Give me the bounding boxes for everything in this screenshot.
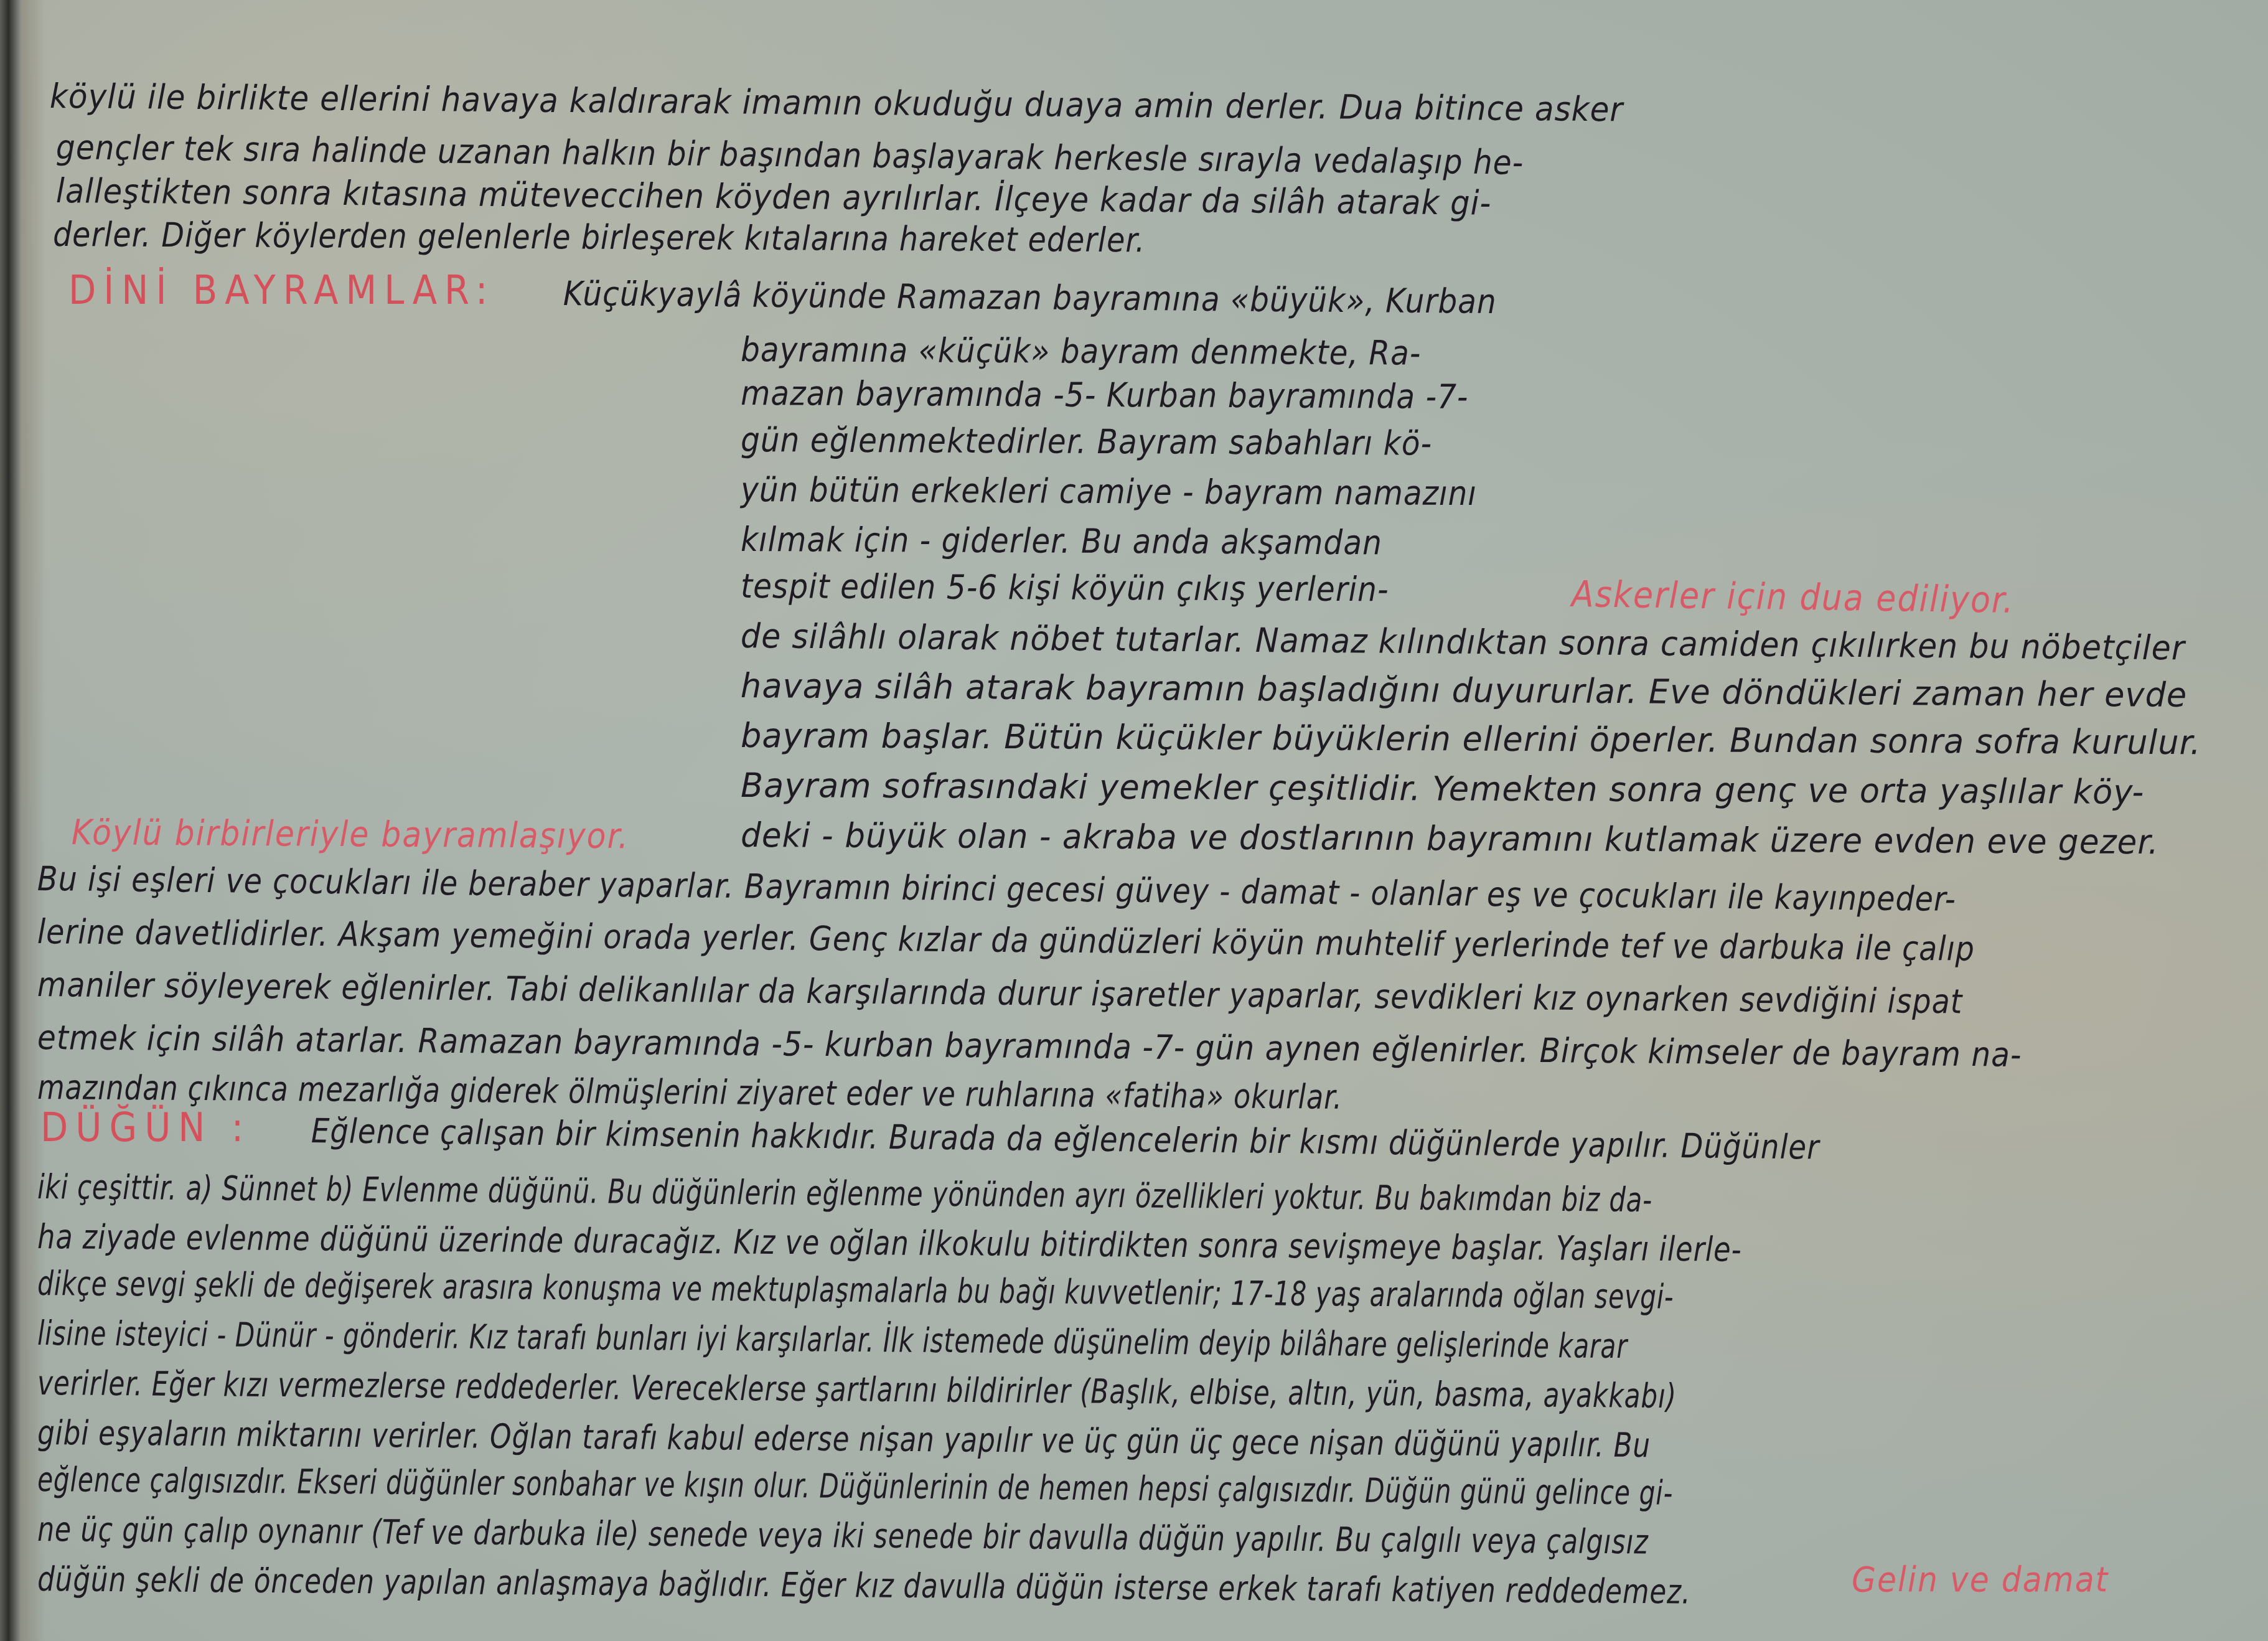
paragraph-line: düğün şekli de önceden yapılan anlaşmaya… <box>37 1563 1691 1609</box>
intro-line: köylü ile birlikte ellerini havaya kaldı… <box>50 80 1624 126</box>
paragraph-line: yün bütün erkekleri camiye - bayram nama… <box>741 473 1477 510</box>
photo-caption-askerler: Askerler için dua ediliyor. <box>1572 576 2015 618</box>
paragraph-line: mazan bayramında -5- Kurban bayramında -… <box>741 377 1469 414</box>
paragraph-line: de silâhlı olarak nöbet tutarlar. Namaz … <box>741 619 2185 665</box>
paragraph-line: gün eğlenmektedirler. Bayram sabahları k… <box>741 423 1432 461</box>
intro-line: gençler tek sıra halinde uzanan halkın b… <box>56 131 1524 180</box>
scanned-notebook-page: köylü ile birlikte ellerini havaya kaldı… <box>0 0 2268 1641</box>
paragraph-line: Eğlence çalışan bir kimsenin hakkıdır. B… <box>311 1114 1820 1164</box>
paragraph-line: verirler. Eğer kızı vermezlerse reddeder… <box>37 1366 1677 1413</box>
paragraph-line: tespit edilen 5-6 kişi köyün çıkış yerle… <box>741 570 1389 606</box>
photo-caption-gelin: Gelin ve damat <box>1852 1563 2109 1597</box>
paragraph-line: ha ziyade evlenme düğünü üzerinde duraca… <box>37 1220 1742 1267</box>
intro-line: derler. Diğer köylerden gelenlerle birle… <box>53 218 1145 257</box>
paragraph-line: bayramına «küçük» bayram denmekte, Ra- <box>741 333 1422 370</box>
intro-line: lalleştikten sonra kıtasına müteveccihen… <box>56 174 1492 220</box>
paragraph-line: Bu işi eşleri ve çocukları ile beraber y… <box>37 862 1956 916</box>
paragraph-line: dikçe sevgi şekli de değişerek arasıra k… <box>37 1267 1674 1314</box>
paragraph-line: iki çeşittir. a) Sünnet b) Evlenme düğün… <box>37 1170 1652 1217</box>
paragraph-line: kılmak için - giderler. Bu anda akşamdan <box>741 523 1382 560</box>
paragraph-line: lisine isteyici - Dünür - gönderir. Kız … <box>37 1317 1628 1363</box>
section-heading-dini-bayramlar: DİNİ BAYRAMLAR: <box>68 271 495 311</box>
paragraph-line: lerine davetlidirler. Akşam yemeğini ora… <box>37 915 1975 966</box>
paragraph-line: gibi eşyaların miktarını verirler. Oğlan… <box>37 1416 1651 1462</box>
page-binding-edge <box>0 0 21 1641</box>
paragraph-line: maniler söyleyerek eğlenirler. Tabi deli… <box>37 968 1963 1019</box>
paragraph-line: Bayram sofrasındaki yemekler çeşitlidir.… <box>741 769 2145 809</box>
paragraph-line: ne üç gün çalıp oynanır (Tef ve darbuka … <box>37 1513 1649 1559</box>
paragraph-line: bayram başlar. Bütün küçükler büyüklerin… <box>741 719 2201 759</box>
paragraph-line: Küçükyaylâ köyünde Ramazan bayramına «bü… <box>563 277 1497 319</box>
paragraph-line: havaya silâh atarak bayramın başladığını… <box>741 669 2188 712</box>
photo-caption-koylu: Köylü birbirleriyle bayramlaşıyor. <box>72 816 629 854</box>
paragraph-line: etmek için silâh atarlar. Ramazan bayram… <box>37 1021 2022 1072</box>
section-heading-dugun: DÜĞÜN : <box>40 1108 251 1148</box>
paragraph-line: eğlence çalgısızdır. Ekseri düğünler son… <box>37 1463 1673 1510</box>
paragraph-line: deki - büyük olan - akraba ve dostlarını… <box>741 819 2159 859</box>
